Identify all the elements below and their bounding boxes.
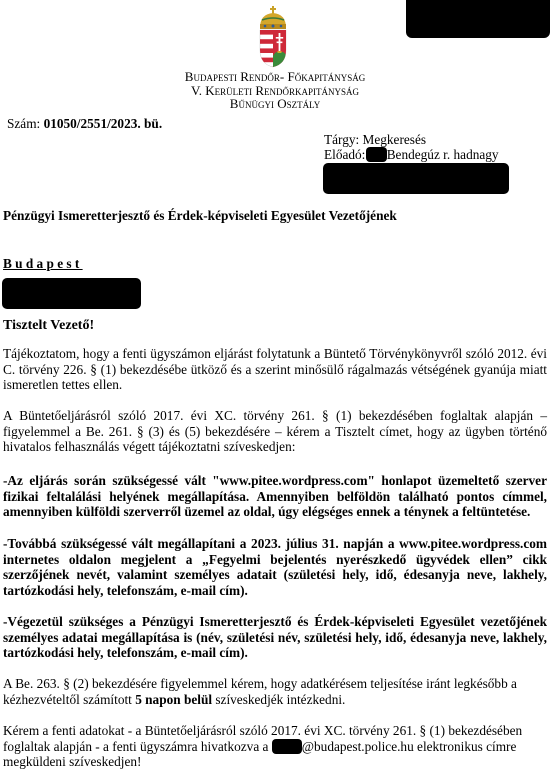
- reference-number: Szám: 01050/2551/2023. bü.: [7, 116, 162, 132]
- org-name-line-3: Bűnügyi Osztály: [0, 97, 550, 111]
- redaction-officer-contact: [323, 163, 509, 194]
- deadline-text-after: szíveskedjék intézkedni.: [212, 692, 345, 707]
- officer-line: Előadó: Bendegúz r. hadnagy: [324, 147, 499, 162]
- paragraph-legal-basis: A Büntetőeljárásról szóló 2017. évi XC. …: [3, 408, 547, 455]
- reference-label: Szám:: [7, 116, 44, 131]
- reference-value: 01050/2551/2023. bü.: [44, 116, 163, 131]
- deadline-emphasis: 5 napon belül: [135, 692, 212, 707]
- org-name-line-1: Budapesti Rendőr- Főkapitányság: [0, 70, 550, 84]
- paragraph-reply-instructions: Kérem a fenti adatokat - a Büntetőeljárá…: [3, 723, 547, 770]
- redaction-address: [2, 278, 141, 309]
- redaction-email-user: [272, 739, 302, 754]
- paragraph-request-leader-data: -Végezetül szükséges a Pénzügyi Ismerett…: [3, 614, 547, 661]
- officer-name: Bendegúz r. hadnagy: [387, 147, 499, 162]
- subject-label: Tárgy:: [324, 132, 363, 147]
- addressee-city: Budapest: [3, 256, 83, 272]
- email-domain: @budapest.police.hu: [302, 739, 414, 754]
- paragraph-request-server-location: -Az eljárás során szükségessé vált "www.…: [3, 473, 547, 520]
- subject-line: Tárgy: Megkeresés: [324, 132, 426, 147]
- redaction-officer-first-name: [366, 147, 387, 162]
- redaction-top-right: [406, 0, 550, 38]
- hungarian-coat-of-arms-icon: [256, 6, 290, 68]
- greeting: Tisztelt Vezető!: [3, 318, 94, 334]
- subject-value: Megkeresés: [363, 132, 427, 147]
- paragraph-investigation-notice: Tájékoztatom, hogy a fenti ügyszámon elj…: [3, 346, 547, 393]
- paragraph-deadline: A Be. 263. § (2) bekezdésére figyelemmel…: [3, 676, 547, 707]
- officer-label: Előadó:: [324, 147, 369, 162]
- addressee-name: Pénzügyi Ismeretterjesztő és Érdek-képvi…: [3, 208, 543, 224]
- paragraph-request-author-data: -Továbbá szükségessé vált megállapítani …: [3, 536, 547, 598]
